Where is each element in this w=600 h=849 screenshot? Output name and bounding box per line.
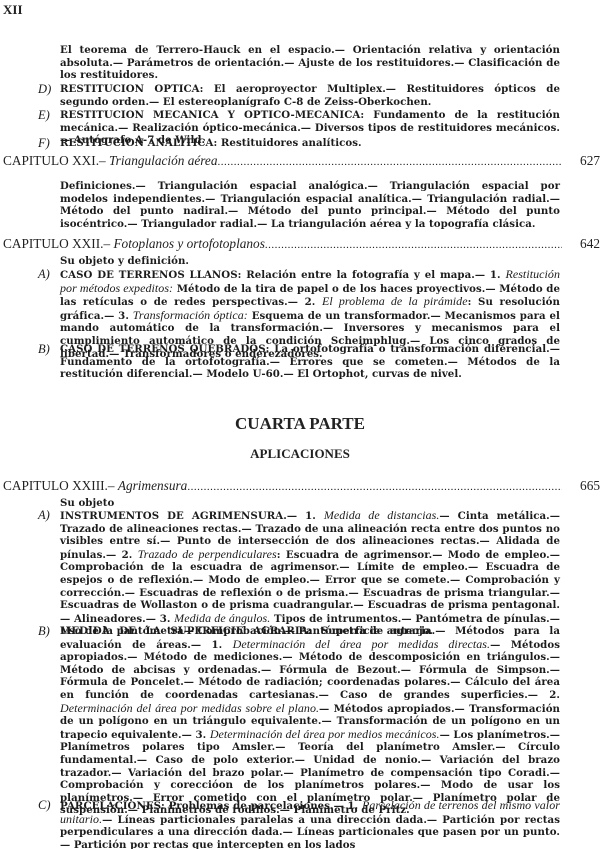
- item-heading: MEDIDA DE LA SUPERFICIE AGRARIA:: [60, 625, 312, 637]
- chapter-label: CAPITULO XXIII.–: [3, 478, 115, 494]
- item-italic: Determinación del área por medidas direc…: [233, 637, 490, 651]
- item-marker: E): [38, 109, 50, 122]
- item-italic: Transformación óptica:: [133, 308, 248, 322]
- item-heading: RESTITUCION ANALITICA:: [60, 137, 217, 149]
- chapter-xxii-heading[interactable]: CAPITULO XXII.– Fotoplanos y ortofotopla…: [3, 236, 600, 252]
- chapter-page: 627: [576, 153, 600, 169]
- chapter-xxii-intro: Su objeto y definición.: [60, 255, 560, 268]
- dot-leader: ........................................…: [217, 156, 562, 168]
- item-italic: Trazado de perpendiculares: [138, 547, 277, 561]
- item-marker: F): [38, 137, 50, 150]
- toc-item-a: A) INSTRUMENTOS DE AGRIMENSURA.— 1. Medi…: [60, 509, 560, 638]
- chapter-xxiii-intro: Su objeto: [60, 497, 560, 510]
- chapter-xxi-summary: Definiciones.— Triangulación espacial an…: [60, 180, 560, 230]
- item-text: Problemas de parcelaciones.— 1.: [169, 800, 359, 812]
- item-heading: CASO DE TERRENOS QUEBRADOS:: [60, 343, 269, 355]
- intro-paragraph: El teorema de Terrero-Hauck en el espaci…: [60, 44, 560, 82]
- item-heading: RESTITUCION MECANICA Y OPTICO-MECANICA:: [60, 109, 364, 121]
- chapter-title: Fotoplanos y ortofotoplanos: [113, 236, 264, 252]
- toc-item-b: B) MEDIDA DE LA SUPERFICIE AGRARIA: Supe…: [60, 625, 560, 817]
- chapter-label: CAPITULO XXII.–: [3, 236, 110, 252]
- item-marker: B): [38, 625, 50, 638]
- item-italic: Medida de ángulos.: [174, 611, 270, 625]
- chapter-page: 665: [576, 478, 600, 494]
- dot-leader: ........................................…: [265, 239, 562, 251]
- toc-item-c: C) PARCELACIONES: Problemas de parcelaci…: [60, 799, 560, 849]
- toc-item-d: D) RESTITUCION OPTICA: El aeroproyector …: [60, 83, 560, 108]
- item-italic: Medida de distancias.: [324, 508, 440, 522]
- chapter-xxi-heading[interactable]: CAPITULO XXI.– Triangulación aérea .....…: [3, 153, 600, 169]
- part-subtitle: APLICACIONES: [0, 446, 600, 462]
- item-italic: Determinación del área por medidas sobre…: [60, 701, 319, 715]
- item-marker: A): [38, 268, 50, 281]
- chapter-title: Triangulación aérea: [109, 153, 217, 169]
- dot-leader: ........................................…: [187, 481, 562, 493]
- item-heading: RESTITUCION OPTICA:: [60, 83, 203, 95]
- item-heading: INSTRUMENTOS DE AGRIMENSURA.— 1.: [60, 510, 316, 522]
- toc-item-b: B) CASO DE TERRENOS QUEBRADOS: La ortofo…: [60, 343, 560, 381]
- chapter-page: 642: [576, 236, 600, 252]
- item-heading: CASO DE TERRENOS LLANOS:: [60, 269, 241, 281]
- item-marker: B): [38, 343, 50, 356]
- part-title: CUARTA PARTE: [0, 414, 600, 434]
- chapter-label: CAPITULO XXI.–: [3, 153, 106, 169]
- item-italic: Determinación del área por medios mecáni…: [210, 727, 440, 741]
- item-marker: A): [38, 509, 50, 522]
- chapter-title: Agrimensura: [118, 478, 187, 494]
- item-text: Restituidores analíticos.: [221, 137, 362, 149]
- item-italic: El problema de la pirámide: [322, 294, 468, 308]
- item-heading: PARCELACIONES:: [60, 800, 165, 812]
- chapter-xxiii-heading[interactable]: CAPITULO XXIII.– Agrimensura ...........…: [3, 478, 600, 494]
- item-text: — Líneas particionales paralelas a una d…: [60, 814, 560, 849]
- item-text: Relación entre la fotografía y el mapa.—…: [246, 269, 500, 281]
- item-marker: D): [38, 83, 51, 96]
- toc-item-f: F) RESTITUCION ANALITICA: Restituidores …: [60, 137, 560, 150]
- item-marker: C): [38, 799, 51, 812]
- page-number: XII: [3, 2, 23, 18]
